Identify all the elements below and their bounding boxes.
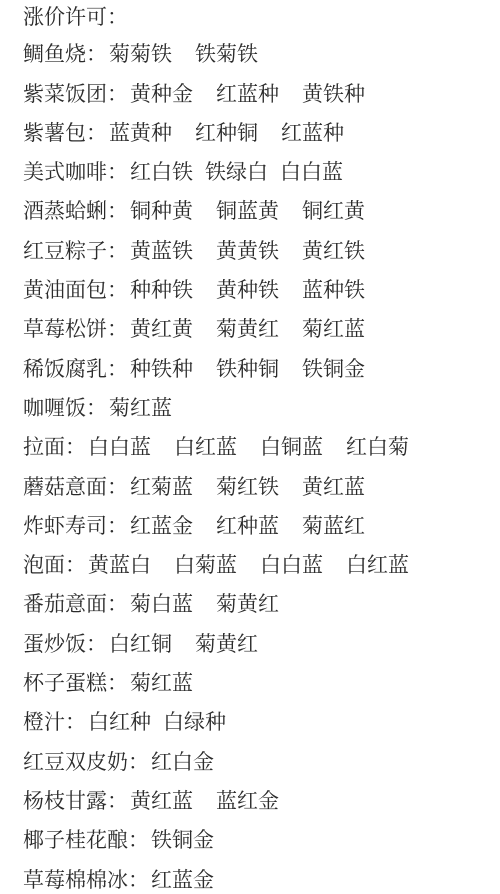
color-combo: 红蓝金 <box>130 507 193 546</box>
list-item: 咖喱饭：菊红蓝 <box>23 389 493 428</box>
color-combo: 白白蓝 <box>280 153 343 192</box>
list-item: 杨枝甘露：黄红蓝蓝红金 <box>23 782 493 821</box>
color-combo: 铜种黄 <box>130 192 193 231</box>
color-combo: 铁种铜 <box>216 350 279 389</box>
dish-name: 美式咖啡 <box>23 153 107 192</box>
color-combo: 黄种铁 <box>216 271 279 310</box>
list-item: 紫薯包：蓝黄种红种铜红蓝种 <box>23 114 493 153</box>
list-item: 稀饭腐乳：种铁种铁种铜铁铜金 <box>23 350 493 389</box>
color-combo: 菊红蓝 <box>302 310 365 349</box>
color-combo: 白红种 <box>88 703 151 742</box>
color-combo: 黄铁种 <box>302 75 365 114</box>
heading: 涨价许可： <box>23 0 128 37</box>
color-combo: 红蓝种 <box>216 75 279 114</box>
separator: ： <box>65 546 86 585</box>
color-combo: 菊黄红 <box>216 585 279 624</box>
color-combo: 红蓝金 <box>151 861 214 894</box>
list-item: 椰子桂花酿：铁铜金 <box>23 821 493 860</box>
color-combo: 白红蓝 <box>346 546 409 585</box>
color-combo: 蓝黄种 <box>109 114 172 153</box>
color-combo: 黄蓝白 <box>88 546 151 585</box>
separator: ： <box>86 389 107 428</box>
color-combo: 白铜蓝 <box>260 428 323 467</box>
dish-name: 泡面 <box>23 546 65 585</box>
dish-name: 杨枝甘露 <box>23 782 107 821</box>
heading-line: 涨价许可： <box>23 0 493 37</box>
dish-name: 拉面 <box>23 428 65 467</box>
list-item: 美式咖啡：红白铁铁绿白白白蓝 <box>23 153 493 192</box>
separator: ： <box>107 468 128 507</box>
color-combo: 白白蓝 <box>88 428 151 467</box>
color-combo: 铜红黄 <box>302 192 365 231</box>
separator: ： <box>65 428 86 467</box>
color-combo: 种种铁 <box>130 271 193 310</box>
dish-name: 鲷鱼烧 <box>23 35 86 74</box>
color-combo: 黄蓝铁 <box>130 232 193 271</box>
dish-name: 杯子蛋糕 <box>23 664 107 703</box>
color-combo: 红白菊 <box>346 428 409 467</box>
color-combo: 白红蓝 <box>174 428 237 467</box>
color-combo: 铁菊铁 <box>195 35 258 74</box>
color-combo: 白红铜 <box>109 625 172 664</box>
list-item: 红豆粽子：黄蓝铁黄黄铁黄红铁 <box>23 232 493 271</box>
color-combo: 红白金 <box>151 743 214 782</box>
color-combo: 黄红蓝 <box>130 782 193 821</box>
dish-name: 草莓棉棉冰 <box>23 861 128 894</box>
list-item: 橙汁：白红种白绿种 <box>23 703 493 742</box>
color-combo: 种铁种 <box>130 350 193 389</box>
dish-name: 稀饭腐乳 <box>23 350 107 389</box>
list-item: 蘑菇意面：红菊蓝菊红铁黄红蓝 <box>23 468 493 507</box>
color-combo: 铁绿白 <box>205 153 268 192</box>
list-item: 酒蒸蛤蜊：铜种黄铜蓝黄铜红黄 <box>23 192 493 231</box>
separator: ： <box>86 625 107 664</box>
color-combo: 红种蓝 <box>216 507 279 546</box>
color-combo: 菊红蓝 <box>130 664 193 703</box>
dish-name: 黄油面包 <box>23 271 107 310</box>
separator: ： <box>107 664 128 703</box>
color-combo: 菊红蓝 <box>109 389 172 428</box>
color-combo: 铜蓝黄 <box>216 192 279 231</box>
separator: ： <box>107 75 128 114</box>
dish-name: 酒蒸蛤蜊 <box>23 192 107 231</box>
dish-name: 椰子桂花酿 <box>23 821 128 860</box>
dish-name: 草莓松饼 <box>23 310 107 349</box>
list-item: 鲷鱼烧：菊菊铁铁菊铁 <box>23 35 493 74</box>
color-combo: 菊白蓝 <box>130 585 193 624</box>
list-item: 草莓松饼：黄红黄菊黄红菊红蓝 <box>23 310 493 349</box>
separator: ： <box>86 35 107 74</box>
list-item: 紫菜饭团：黄种金红蓝种黄铁种 <box>23 75 493 114</box>
dish-name: 紫菜饭团 <box>23 75 107 114</box>
separator: ： <box>128 861 149 894</box>
color-combo: 白菊蓝 <box>174 546 237 585</box>
dish-name: 番茄意面 <box>23 585 107 624</box>
color-combo: 黄红蓝 <box>302 468 365 507</box>
dish-name: 红豆粽子 <box>23 232 107 271</box>
recipe-price-list: 涨价许可： 鲷鱼烧：菊菊铁铁菊铁紫菜饭团：黄种金红蓝种黄铁种紫薯包：蓝黄种红种铜… <box>23 0 493 894</box>
color-combo: 菊黄红 <box>216 310 279 349</box>
list-item: 黄油面包：种种铁黄种铁蓝种铁 <box>23 271 493 310</box>
item-list: 鲷鱼烧：菊菊铁铁菊铁紫菜饭团：黄种金红蓝种黄铁种紫薯包：蓝黄种红种铜红蓝种美式咖… <box>23 35 493 894</box>
dish-name: 紫薯包 <box>23 114 86 153</box>
color-combo: 红菊蓝 <box>130 468 193 507</box>
color-combo: 黄种金 <box>130 75 193 114</box>
color-combo: 黄黄铁 <box>216 232 279 271</box>
color-combo: 黄红黄 <box>130 310 193 349</box>
color-combo: 黄红铁 <box>302 232 365 271</box>
list-item: 蛋炒饭：白红铜菊黄红 <box>23 625 493 664</box>
color-combo: 白绿种 <box>163 703 226 742</box>
separator: ： <box>107 782 128 821</box>
dish-name: 橙汁 <box>23 703 65 742</box>
list-item: 拉面：白白蓝白红蓝白铜蓝红白菊 <box>23 428 493 467</box>
color-combo: 蓝红金 <box>216 782 279 821</box>
color-combo: 蓝种铁 <box>302 271 365 310</box>
color-combo: 菊蓝红 <box>302 507 365 546</box>
separator: ： <box>107 232 128 271</box>
separator: ： <box>65 703 86 742</box>
dish-name: 咖喱饭 <box>23 389 86 428</box>
separator: ： <box>107 271 128 310</box>
list-item: 杯子蛋糕：菊红蓝 <box>23 664 493 703</box>
separator: ： <box>107 192 128 231</box>
color-combo: 菊红铁 <box>216 468 279 507</box>
list-item: 草莓棉棉冰：红蓝金 <box>23 861 493 894</box>
separator: ： <box>128 743 149 782</box>
separator: ： <box>107 507 128 546</box>
dish-name: 红豆双皮奶 <box>23 743 128 782</box>
color-combo: 红种铜 <box>195 114 258 153</box>
list-item: 炸虾寿司：红蓝金红种蓝菊蓝红 <box>23 507 493 546</box>
separator: ： <box>107 350 128 389</box>
color-combo: 白白蓝 <box>260 546 323 585</box>
list-item: 泡面：黄蓝白白菊蓝白白蓝白红蓝 <box>23 546 493 585</box>
color-combo: 红白铁 <box>130 153 193 192</box>
list-item: 番茄意面：菊白蓝菊黄红 <box>23 585 493 624</box>
dish-name: 蘑菇意面 <box>23 468 107 507</box>
color-combo: 铁铜金 <box>151 821 214 860</box>
color-combo: 铁铜金 <box>302 350 365 389</box>
color-combo: 菊黄红 <box>195 625 258 664</box>
separator: ： <box>107 585 128 624</box>
color-combo: 菊菊铁 <box>109 35 172 74</box>
separator: ： <box>107 310 128 349</box>
dish-name: 炸虾寿司 <box>23 507 107 546</box>
separator: ： <box>128 821 149 860</box>
dish-name: 蛋炒饭 <box>23 625 86 664</box>
list-item: 红豆双皮奶：红白金 <box>23 743 493 782</box>
separator: ： <box>107 153 128 192</box>
color-combo: 红蓝种 <box>281 114 344 153</box>
separator: ： <box>86 114 107 153</box>
